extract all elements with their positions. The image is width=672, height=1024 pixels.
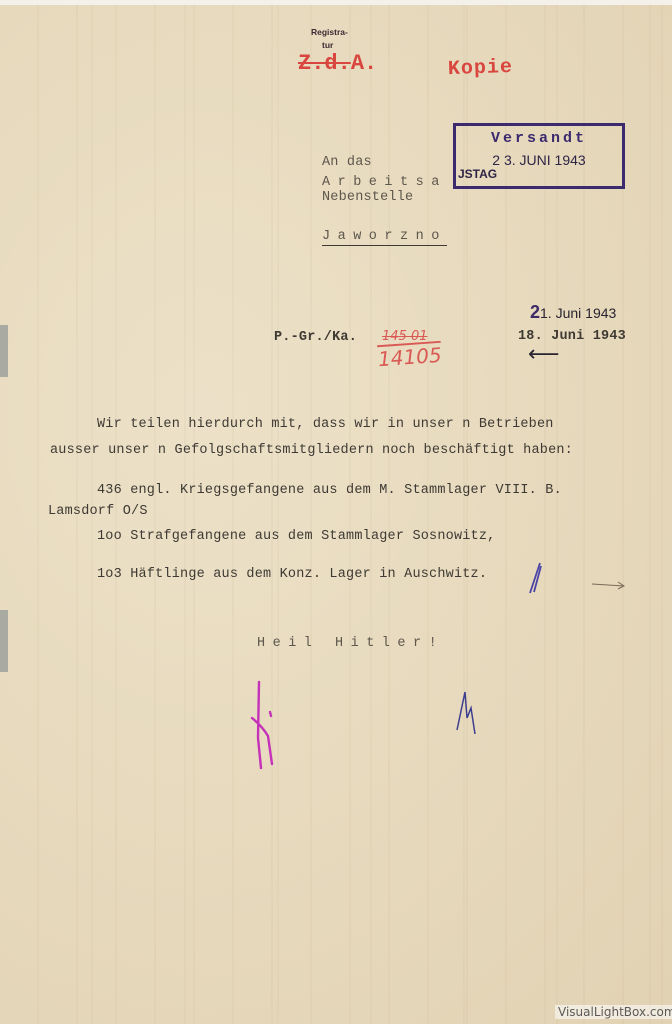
address-city: Jaworzno [322,229,447,246]
zda-stamp: Z.d.A. [298,51,377,76]
body-item-3: 1o3 Häftlinge aus dem Konz. Lager in Aus… [97,567,487,582]
zda-suffix-text: A. [351,51,377,76]
blue-signature-icon [455,688,479,740]
magenta-signature-icon [248,678,284,778]
body-item-1-line-1: 436 engl. Kriegsgefangene aus dem M. Sta… [97,483,562,498]
pencil-arrow-icon [590,580,630,590]
versandt-tag: JSTAG [458,167,497,181]
address-line-2: Arbeitsa [322,175,447,190]
received-day: 2 [530,302,540,322]
reference-handwritten-number: 14105 [377,343,442,371]
received-rest: 1. Juni 1943 [540,305,616,321]
registratur-stamp-line2: tur [322,40,333,50]
binder-mark-bottom [0,610,8,672]
zda-struck-text: Z.d. [298,51,351,76]
arrow-mark: ⟵ [528,342,560,367]
body-item-1-line-2: Lamsdorf O/S [48,504,148,519]
body-intro-line-2: ausser unser n Gefolgschaftsmitgliedern … [50,443,573,458]
watermark: VisualLightBox.com [555,1005,672,1019]
blue-check-mark-icon [527,560,543,596]
body-item-2: 1oo Strafgefangene aus dem Stammlager So… [97,529,495,544]
binder-mark-top [0,325,8,377]
address-line-1: An das [322,155,372,170]
versandt-title: Versandt [456,130,622,147]
versandt-date: 2 3. JUNI 1943 [456,152,622,168]
kopie-stamp: Kopie [448,56,514,81]
reference-struck-number: 145 01 [382,329,428,344]
address-line-3: Nebenstelle [322,190,413,205]
registratur-stamp-line1: Registra- [311,27,348,37]
closing-salutation: Heil Hitler! [257,636,444,651]
received-date-stamp: 21. Juni 1943 [530,302,616,323]
reference-label: P.-Gr./Ka. [274,330,357,345]
body-intro-line-1: Wir teilen hierdurch mit, dass wir in un… [97,417,554,432]
document-page: Registra- tur Z.d.A. Kopie Versandt 2 3.… [0,0,672,1024]
scan-top-edge [0,0,672,5]
